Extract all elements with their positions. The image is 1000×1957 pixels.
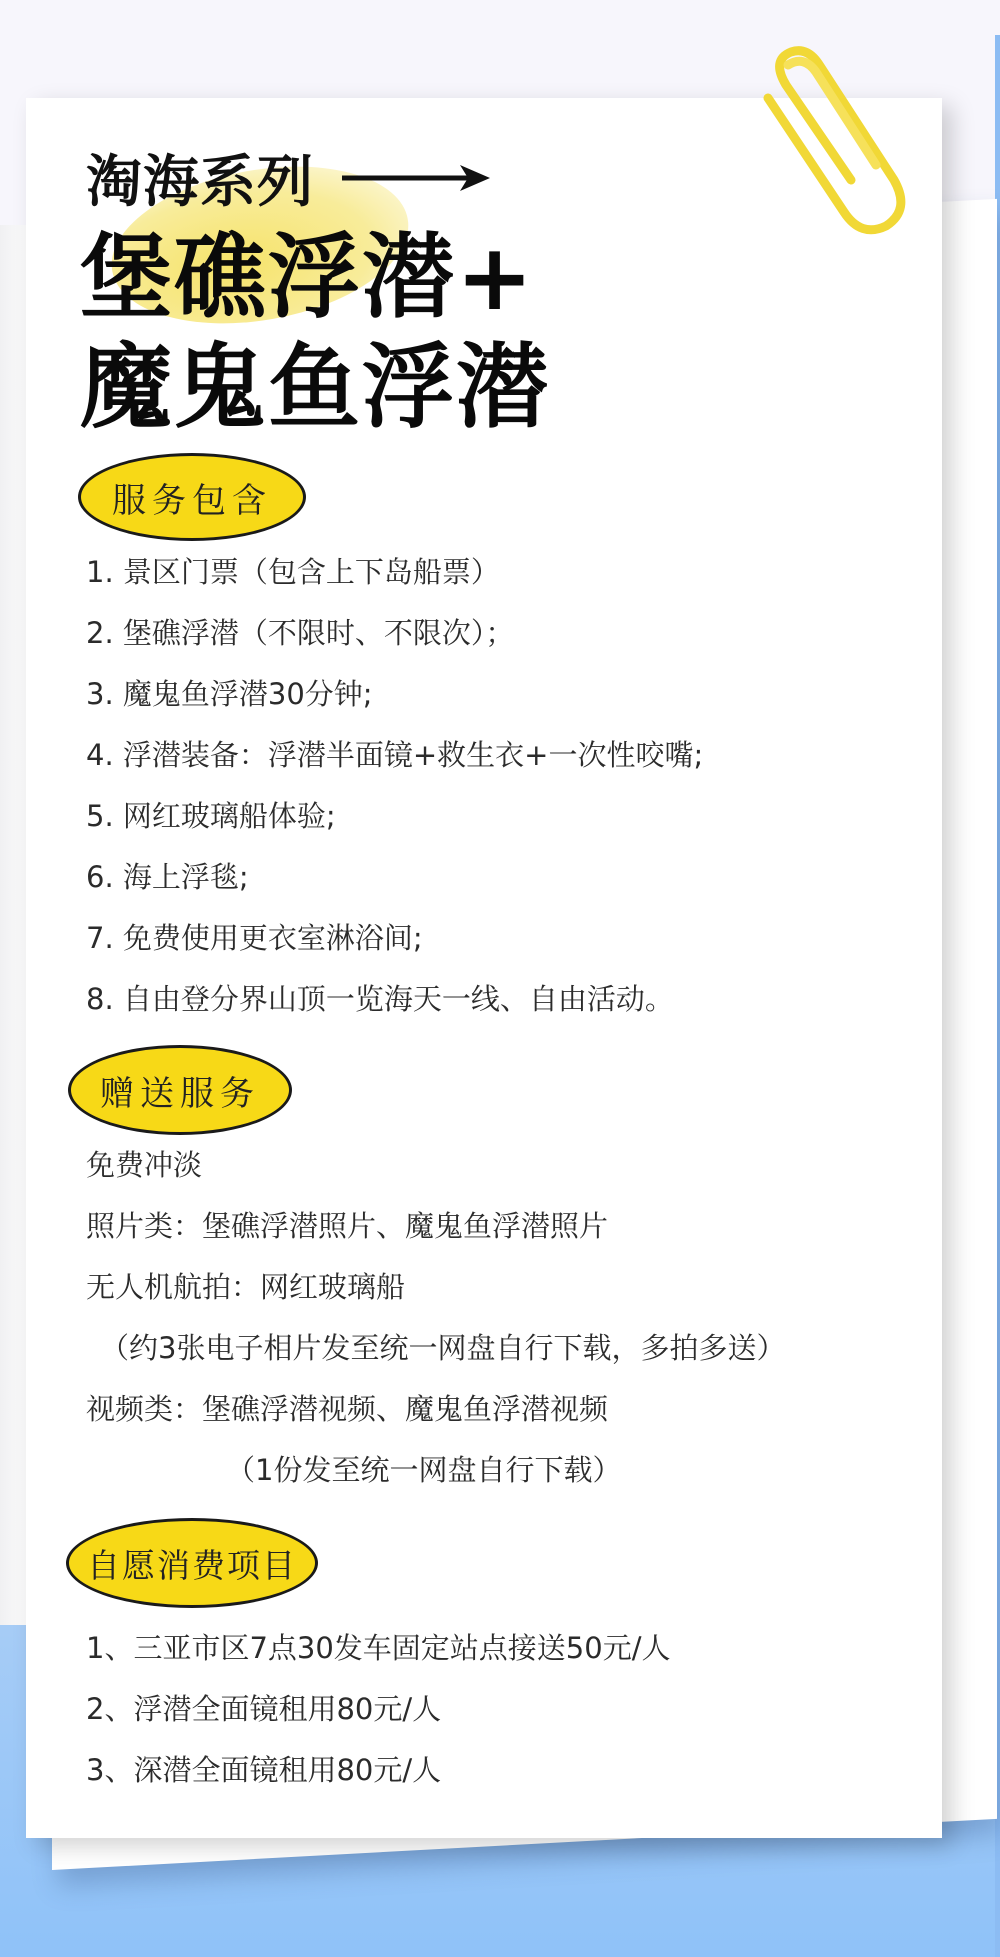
list-item: 2. 堡礁浮潜（不限时、不限次）；	[86, 613, 703, 674]
right-arrow-icon	[342, 163, 492, 193]
list-item: 5. 网红玻璃船体验;	[86, 796, 703, 857]
list-item: 2、浮潜全面镜租用80元/人	[86, 1689, 670, 1750]
optional-items-list: 1、三亚市区7点30发车固定站点接送50元/人 2、浮潜全面镜租用80元/人 3…	[86, 1628, 670, 1811]
list-item: 6. 海上浮毯;	[86, 857, 703, 918]
section-badge-optional: 自愿消费项目	[66, 1518, 318, 1608]
section-badge-gifts: 赠送服务	[68, 1045, 292, 1135]
list-item: 视频类：堡礁浮潜视频、魔鬼鱼浮潜视频	[86, 1389, 785, 1450]
section-badge-included: 服务包含	[78, 453, 306, 541]
list-item: 7. 免费使用更衣室淋浴间;	[86, 918, 703, 979]
included-services-list: 1. 景区门票（包含上下岛船票） 2. 堡礁浮潜（不限时、不限次）； 3. 魔鬼…	[86, 552, 703, 1040]
gift-services-list: 免费冲淡 照片类：堡礁浮潜照片、魔鬼鱼浮潜照片 无人机航拍：网红玻璃船 （约3张…	[86, 1145, 785, 1511]
list-item: 4. 浮潜装备：浮潜半面镜+救生衣+一次性咬嘴;	[86, 735, 703, 796]
list-item: 3、深潜全面镜租用80元/人	[86, 1750, 670, 1811]
list-item: 无人机航拍：网红玻璃船	[86, 1267, 785, 1328]
list-item: 1、三亚市区7点30发车固定站点接送50元/人	[86, 1628, 670, 1689]
paperclip-icon	[716, 30, 916, 270]
list-item: 1. 景区门票（包含上下岛船票）	[86, 552, 703, 613]
series-label: 淘海系列	[86, 138, 314, 218]
list-item: 8. 自由登分界山顶一览海天一线、自由活动。	[86, 979, 703, 1040]
list-item: 3. 魔鬼鱼浮潜30分钟;	[86, 674, 703, 735]
list-item-note: （1份发至统一网盘自行下载）	[86, 1450, 785, 1511]
page-title-line-1: 堡礁浮潜+	[80, 232, 535, 324]
list-item: 照片类：堡礁浮潜照片、魔鬼鱼浮潜照片	[86, 1206, 785, 1267]
list-item-note: （约3张电子相片发至统一网盘自行下载，多拍多送）	[86, 1328, 785, 1389]
list-item: 免费冲淡	[86, 1145, 785, 1206]
page-title-line-2: 魔鬼鱼浮潜	[80, 342, 550, 434]
series-header: 淘海系列	[86, 138, 492, 218]
